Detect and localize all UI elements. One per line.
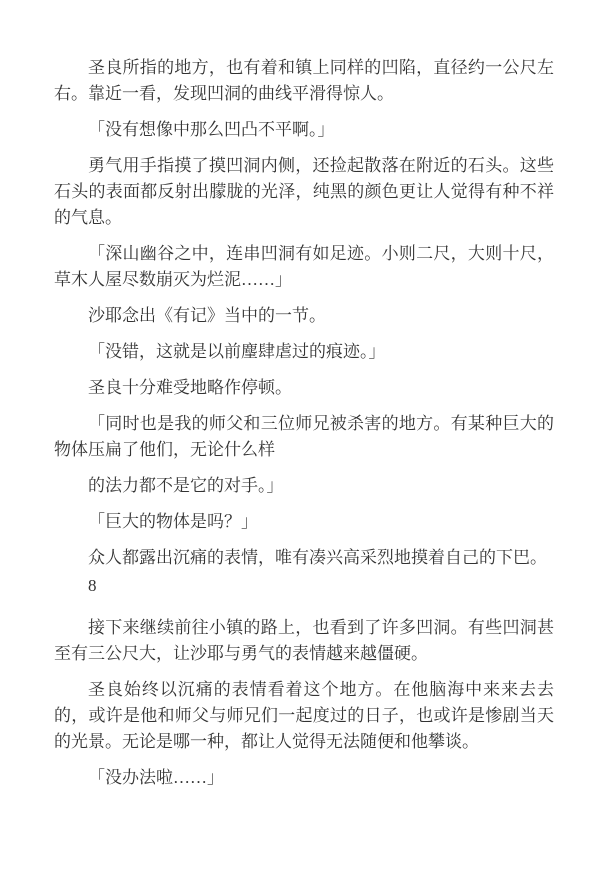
paragraph: 「巨大的物体是吗？」: [54, 509, 554, 535]
paragraph: 圣良始终以沉痛的表情看着这个地方。在他脑海中来来去去的，或许是他和师父与师兄们一…: [54, 677, 554, 755]
paragraph: 众人都露出沉痛的表情，唯有凑兴高采烈地摸着自己的下巴。: [54, 545, 554, 571]
paragraph: 接下来继续前往小镇的路上，也看到了许多凹洞。有些凹洞甚至有三公尺大，让沙耶与勇气…: [54, 615, 554, 667]
paragraph: 「没有想像中那么凹凸不平啊。」: [54, 117, 554, 143]
paragraph: 圣良所指的地方，也有着和镇上同样的凹陷，直径约一公尺左右。靠近一看，发现凹洞的曲…: [54, 55, 554, 107]
paragraph: 「深山幽谷之中，连串凹洞有如足迹。小则二尺，大则十尺，草木人屋尽数崩灭为烂泥………: [54, 241, 554, 293]
paragraph: 圣良十分难受地略作停顿。: [54, 375, 554, 401]
section-number: 8: [54, 573, 554, 599]
paragraph: 「没错，这就是以前麈肆虐过的痕迹。」: [54, 339, 554, 365]
page-content: 圣良所指的地方，也有着和镇上同样的凹陷，直径约一公尺左右。靠近一看，发现凹洞的曲…: [54, 55, 554, 791]
paragraph: 「同时也是我的师父和三位师兄被杀害的地方。有某种巨大的物体压扁了他们，无论什么样: [54, 411, 554, 463]
paragraph: 勇气用手指摸了摸凹洞内侧，还捡起散落在附近的石头。这些石头的表面都反射出朦胧的光…: [54, 153, 554, 231]
paragraph: 「没办法啦……」: [54, 765, 554, 791]
book-page: 圣良所指的地方，也有着和镇上同样的凹陷，直径约一公尺左右。靠近一看，发现凹洞的曲…: [0, 0, 613, 869]
paragraph: 的法力都不是它的对手。」: [54, 473, 554, 499]
paragraph: 沙耶念出《有记》当中的一节。: [54, 303, 554, 329]
